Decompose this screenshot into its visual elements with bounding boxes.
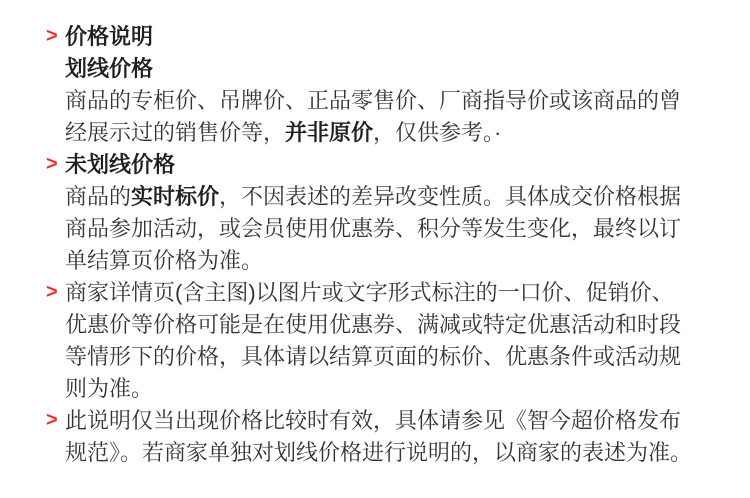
body-text: ，不因表述的差异改变性质。具体成交价格根据 bbox=[219, 184, 681, 209]
text-line: 经展示过的销售价等，并非原价，仅供参考。· bbox=[65, 117, 730, 149]
red-chevron-bullet-icon: > bbox=[46, 20, 62, 52]
red-chevron-bullet-icon: > bbox=[46, 404, 62, 436]
body-text: 优惠价等价格可能是在使用优惠券、满减或特定优惠活动和时段 bbox=[65, 312, 681, 337]
section-merchant-detail-prices: > 商家详情页(含主图)以图片或文字形式标注的一口价、促销价、 优惠价等价格可能… bbox=[65, 277, 730, 405]
red-chevron-bullet-icon: > bbox=[46, 148, 62, 180]
body-text: 商品参加活动，或会员使用优惠券、积分等发生变化，最终以订 bbox=[65, 216, 681, 241]
text-line: 此说明仅当出现价格比较时有效，具体请参见《智今超价格发布 bbox=[65, 405, 730, 437]
text-line: 商品的专柜价、吊牌价、正品零售价、厂商指导价或该商品的曾 bbox=[65, 85, 730, 117]
body-text: 则为准。 bbox=[65, 376, 153, 401]
section-price-explanation: > 价格说明 划线价格 商品的专柜价、吊牌价、正品零售价、厂商指导价或该商品的曾… bbox=[65, 21, 730, 149]
price-disclaimer-page: > 价格说明 划线价格 商品的专柜价、吊牌价、正品零售价、厂商指导价或该商品的曾… bbox=[0, 0, 750, 498]
text-line: 则为准。 bbox=[65, 373, 730, 405]
text-line: 商品的实时标价，不因表述的差异改变性质。具体成交价格根据 bbox=[65, 181, 730, 213]
section-validity-note: > 此说明仅当出现价格比较时有效，具体请参见《智今超价格发布 规范》。若商家单独… bbox=[65, 405, 730, 469]
emphasis-realtime-price: 实时标价 bbox=[131, 184, 219, 209]
heading-strikethrough-price: 划线价格 bbox=[65, 53, 730, 85]
heading-text: 未划线价格 bbox=[65, 152, 175, 177]
emphasis-not-original-price: 并非原价 bbox=[285, 120, 373, 145]
body-text: 经展示过的销售价等， bbox=[65, 120, 285, 145]
text-line: 优惠价等价格可能是在使用优惠券、满减或特定优惠活动和时段 bbox=[65, 309, 730, 341]
body-text: ，仅供参考。· bbox=[373, 120, 501, 145]
section-unstruck-price: > 未划线价格 商品的实时标价，不因表述的差异改变性质。具体成交价格根据 商品参… bbox=[65, 149, 730, 277]
heading-text: 划线价格 bbox=[65, 56, 153, 81]
body-text: 规范》。若商家单独对划线价格进行说明的，以商家的表述为准。 bbox=[65, 440, 692, 465]
body-text: 商家详情页(含主图)以图片或文字形式标注的一口价、促销价、 bbox=[65, 280, 674, 305]
body-text: 商品的专柜价、吊牌价、正品零售价、厂商指导价或该商品的曾 bbox=[65, 88, 681, 113]
heading-unstruck-price: 未划线价格 bbox=[65, 149, 730, 181]
text-line: 单结算页价格为准。 bbox=[65, 245, 730, 277]
price-disclaimer-text-block: > 价格说明 划线价格 商品的专柜价、吊牌价、正品零售价、厂商指导价或该商品的曾… bbox=[65, 21, 730, 469]
heading-text: 价格说明 bbox=[65, 24, 153, 49]
body-text: 此说明仅当出现价格比较时有效，具体请参见《智今超价格发布 bbox=[65, 408, 681, 433]
heading-price-explanation: 价格说明 bbox=[65, 21, 730, 53]
body-text: 等情形下的价格，具体请以结算页面的标价、优惠条件或活动规 bbox=[65, 344, 681, 369]
body-text: 单结算页价格为准。 bbox=[65, 248, 263, 273]
text-line: 商家详情页(含主图)以图片或文字形式标注的一口价、促销价、 bbox=[65, 277, 730, 309]
red-chevron-bullet-icon: > bbox=[46, 276, 62, 308]
text-line: 商品参加活动，或会员使用优惠券、积分等发生变化，最终以订 bbox=[65, 213, 730, 245]
text-line: 规范》。若商家单独对划线价格进行说明的，以商家的表述为准。 bbox=[65, 437, 730, 469]
text-line: 等情形下的价格，具体请以结算页面的标价、优惠条件或活动规 bbox=[65, 341, 730, 373]
body-text: 商品的 bbox=[65, 184, 131, 209]
